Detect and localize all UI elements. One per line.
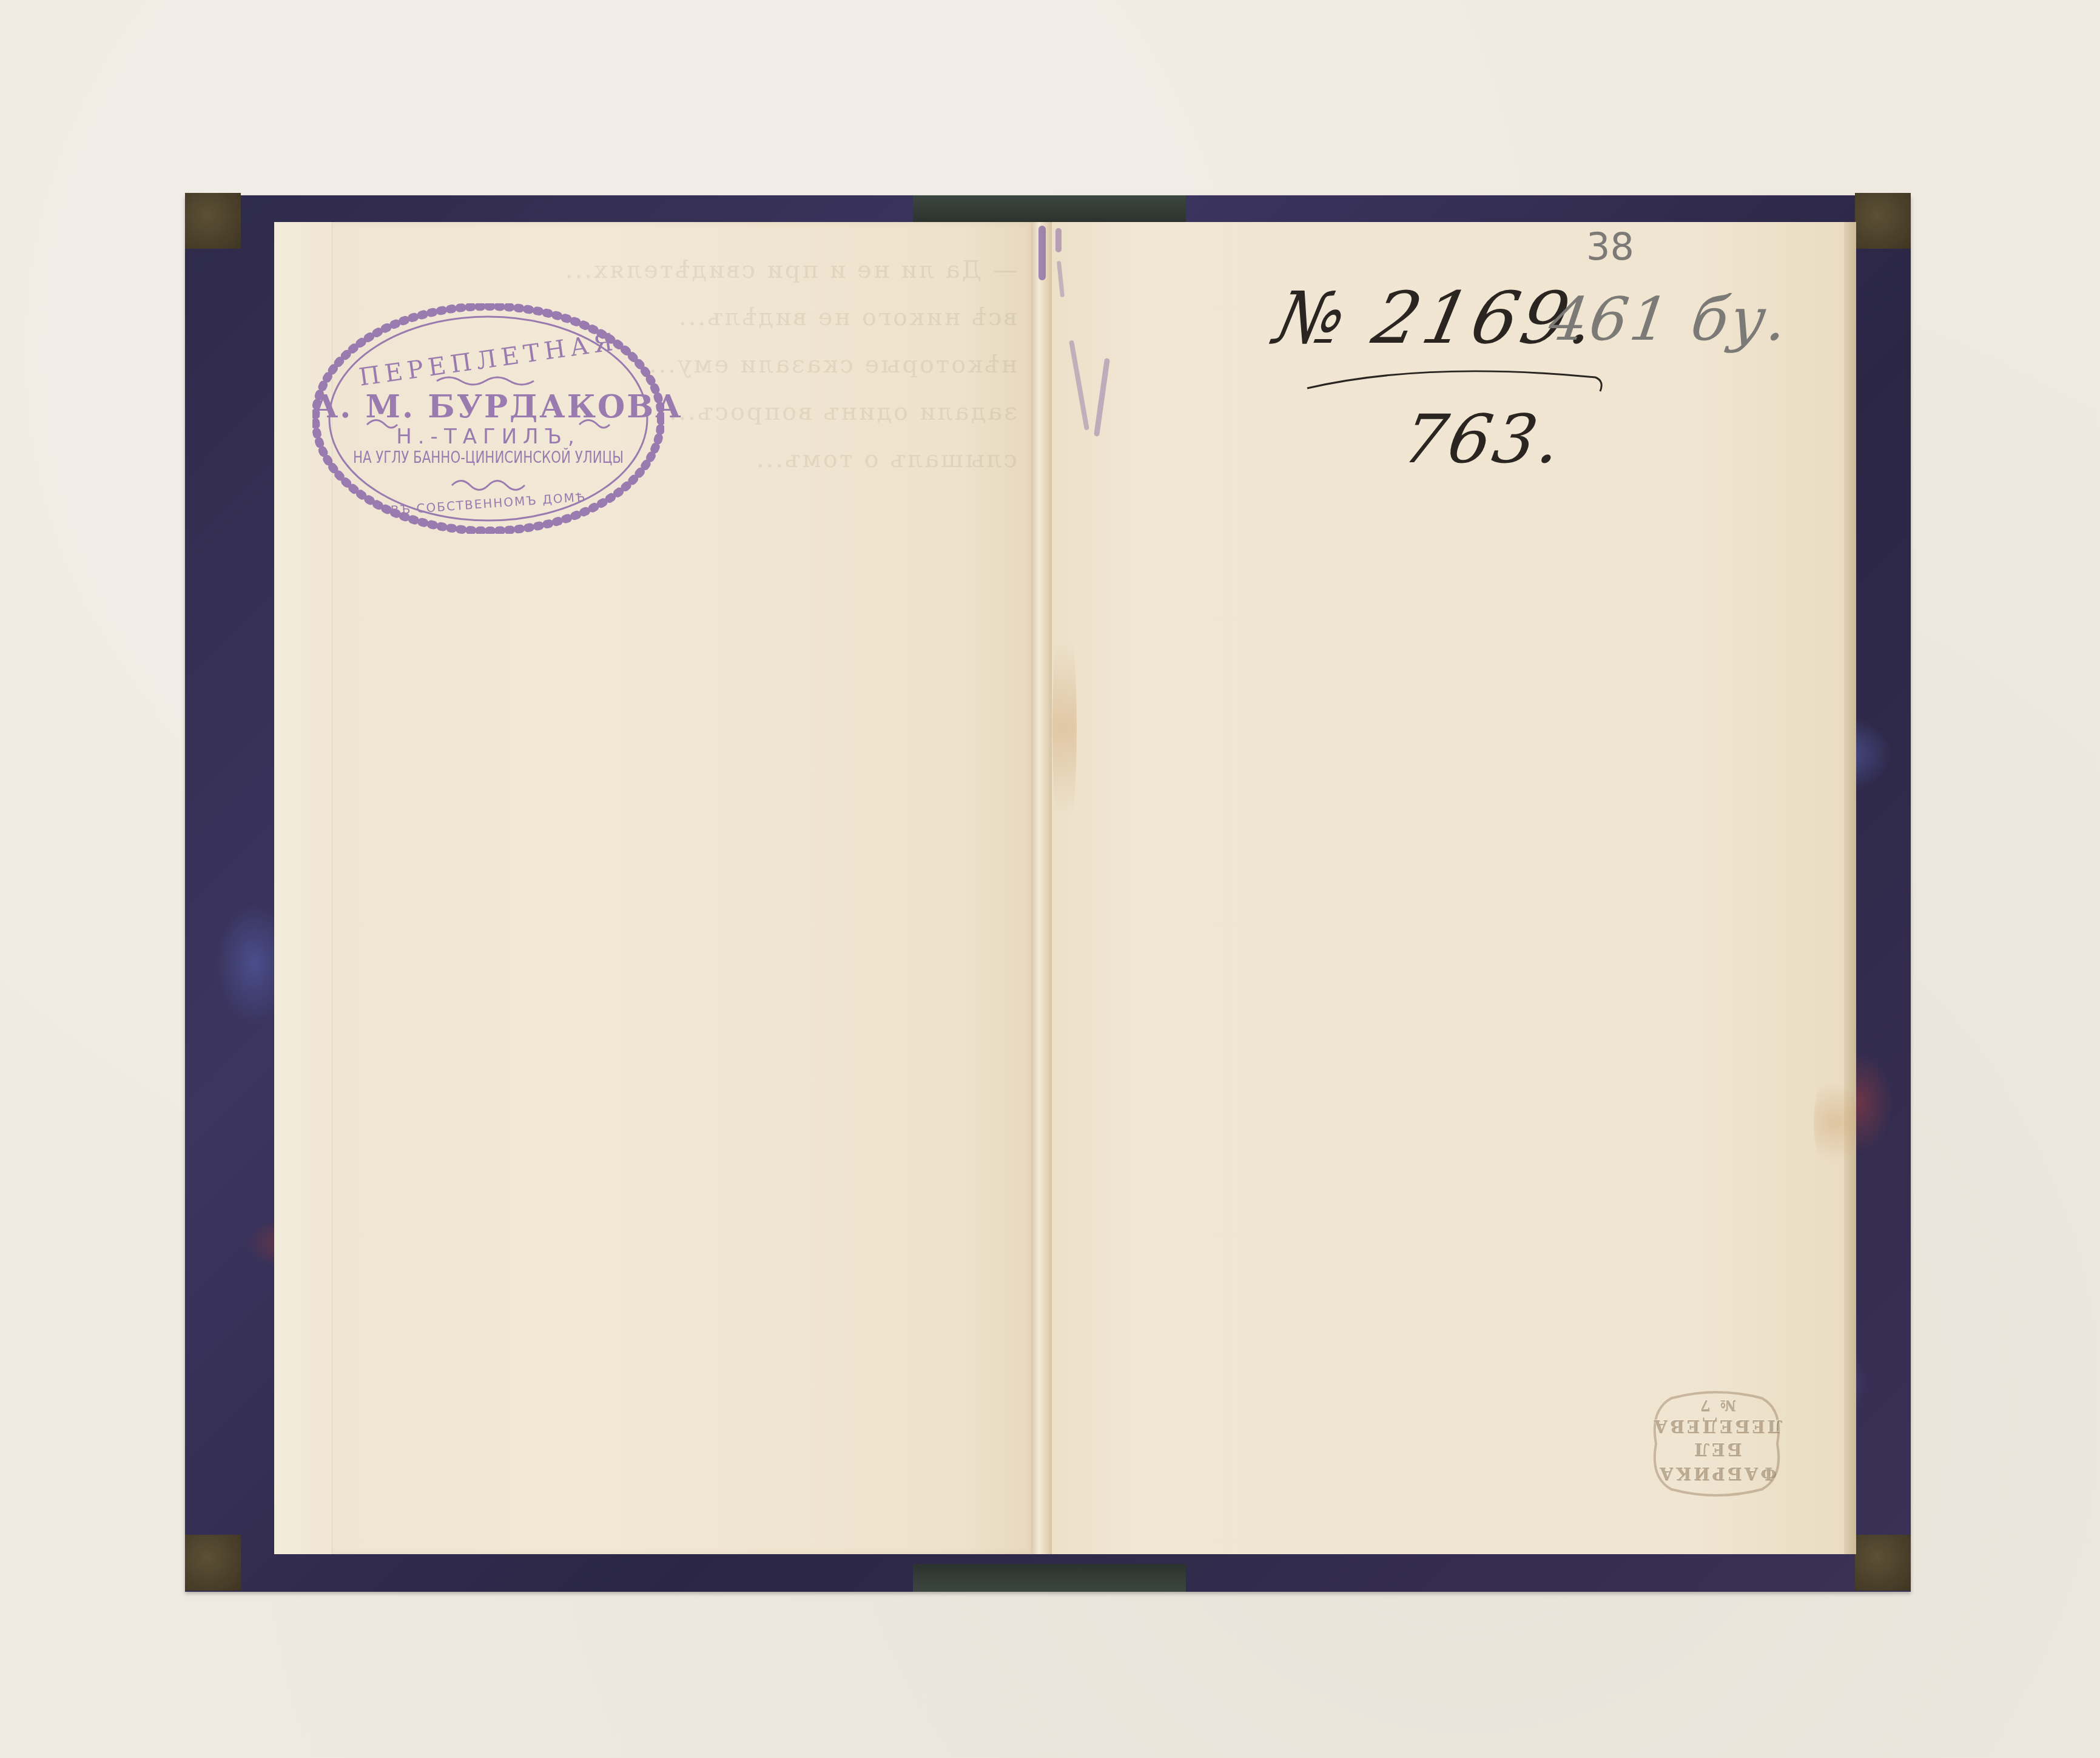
emboss-line-4: № 7 — [1647, 1396, 1786, 1414]
cloth-corner-bottom-right — [1855, 1535, 1911, 1591]
spine-stain — [1052, 607, 1077, 849]
pencil-note: 461 бу. — [1545, 285, 1794, 354]
crayon-mark — [1055, 228, 1062, 252]
stamp-line-2: А. М. БУРДАКОВА — [312, 388, 664, 425]
emboss-line-1: ФАБРИКА — [1647, 1463, 1786, 1483]
cloth-corner-bottom-left — [185, 1535, 241, 1591]
emboss-line-2: БЕЛ — [1647, 1439, 1786, 1459]
crayon-mark — [1038, 226, 1046, 280]
spine-cloth-top — [913, 195, 1186, 222]
embossed-stamp: ФАБРИКА БЕЛ ЛЕБЕДЕВА № 7 — [1647, 1386, 1786, 1501]
handwritten-sub-number: 763. — [1398, 400, 1569, 478]
pencil-note-top: 38 — [1586, 224, 1634, 269]
right-page-edge — [1844, 222, 1856, 1554]
handwritten-underline-icon — [1304, 364, 1607, 394]
spine-fold — [1031, 222, 1053, 1554]
binder-stamp: ПЕРЕПЛЕТНАЯ А. М. БУРДАКОВА Н.-ТАГИЛЪ, Н… — [312, 303, 664, 534]
foxing-stain — [1814, 1068, 1856, 1177]
stamp-line-3: Н.-ТАГИЛЪ, — [312, 425, 664, 449]
cloth-corner-top-right — [1855, 193, 1911, 249]
stamp-line-4: НА УГЛУ БАННО-ЦИНИСИНСКОЙ УЛИЦЫ — [344, 449, 633, 467]
cloth-corner-top-left — [185, 193, 241, 249]
spine-cloth-bottom — [913, 1564, 1186, 1592]
emboss-line-3: ЛЕБЕДЕВА — [1647, 1416, 1786, 1436]
